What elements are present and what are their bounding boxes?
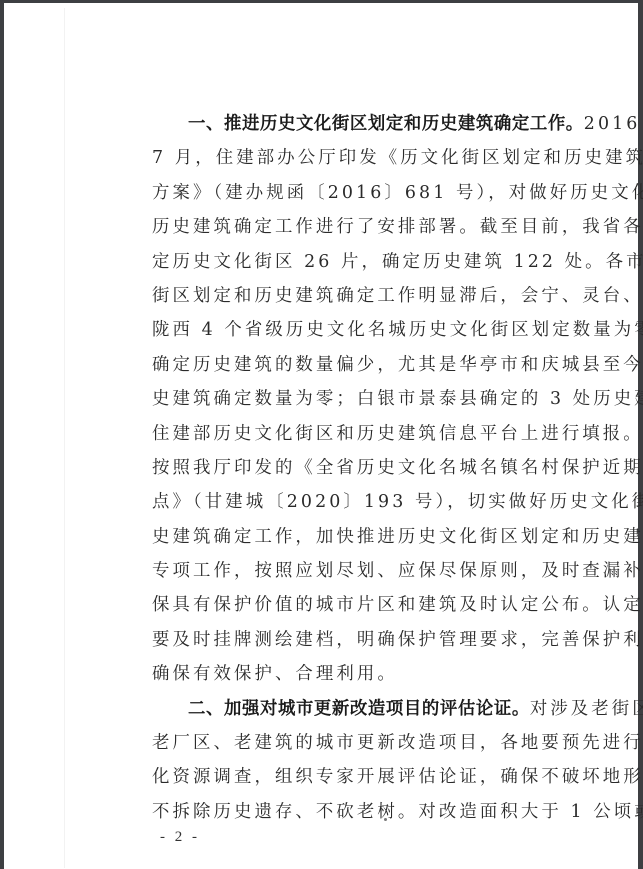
scan-edge-line — [64, 8, 65, 868]
page-number: - 2 - — [160, 829, 200, 846]
body-line: 要及时挂牌测绘建档，明确保护管理要求，完善保护利用政策， — [152, 623, 627, 657]
document-body: 一、推进历史文化街区划定和历史建筑确定工作。2016 年 7 月，住建部办公厅印… — [152, 107, 627, 829]
body-line: 方案》（建办规函〔2016〕681 号），对做好历史文化街区划定和 — [152, 176, 627, 210]
section-2-heading: 二、加强对城市更新改造项目的评估论证。 — [188, 699, 530, 719]
body-line: 确定历史建筑的数量偏少，尤其是华亭市和庆城县至今为止历 — [152, 348, 627, 382]
body-line: 按照我厅印发的《全省历史文化名城名镇名村保护近期工作要 — [152, 451, 627, 485]
section-2-heading-line: 二、加强对城市更新改造项目的评估论证。对涉及老街区、 — [152, 692, 627, 726]
body-line: 专项工作，按照应划尽划、应保尽保原则，及时查漏补缺，确 — [152, 554, 627, 588]
body-line: 老厂区、老建筑的城市更新改造项目，各地要预先进行历史文 — [152, 726, 627, 760]
body-line: 历史建筑确定工作进行了安排部署。截至目前，我省各地共划 — [152, 210, 627, 244]
body-line: 史建筑确定工作，加快推进历史文化街区划定和历史建筑确定 — [152, 520, 627, 554]
body-line: 化资源调查，组织专家开展评估论证，确保不破坏地形地貌、 — [152, 760, 627, 794]
body-line: 点》（甘建城〔2020〕193 号），切实做好历史文化街区划定和历 — [152, 485, 627, 519]
body-line: 7 月，住建部办公厅印发《历文化街区划定和历史建筑确定工作 — [152, 141, 627, 175]
body-text: 对涉及老街区、 — [530, 699, 643, 719]
body-line: 住建部历史文化街区和历史建筑信息平台上进行填报。各地要 — [152, 417, 627, 451]
body-line: 确保有效保护、合理利用。 — [152, 657, 627, 691]
body-line: 街区划定和历史建筑确定工作明显滞后，会宁、灵台、庆城、 — [152, 279, 627, 313]
body-line: 保具有保护价值的城市片区和建筑及时认定公布。认定公布后， — [152, 588, 627, 622]
body-text: 2016 年 — [584, 114, 643, 134]
section-1-heading-line: 一、推进历史文化街区划定和历史建筑确定工作。2016 年 — [152, 107, 627, 141]
body-line: 定历史文化街区 26 片，确定历史建筑 122 处。各市州历史文化 — [152, 245, 627, 279]
document-page: 一、推进历史文化街区划定和历史建筑确定工作。2016 年 7 月，住建部办公厅印… — [4, 3, 638, 869]
body-line: 陇西 4 个省级历史文化名城历史文化街区划定数量为零；各地 — [152, 313, 627, 347]
scan-speck — [384, 818, 387, 821]
body-line: 史建筑确定数量为零；白银市景泰县确定的 3 处历史建筑未在 — [152, 382, 627, 416]
body-line: 不拆除历史遗存、不砍老树。对改造面积大于 1 公顷或涉及 5 — [152, 795, 627, 829]
section-1-heading: 一、推进历史文化街区划定和历史建筑确定工作。 — [188, 114, 584, 134]
